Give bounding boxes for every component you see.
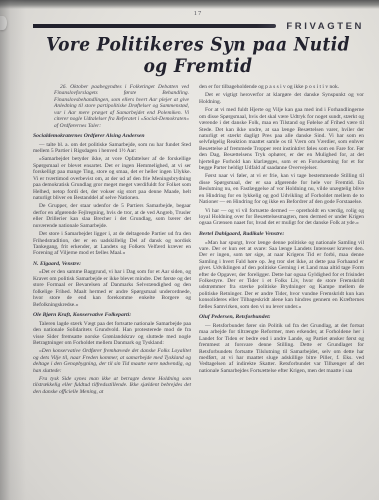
speaker-heading: Socialdemokraternes Ordfører Alsing Ande… bbox=[33, 133, 191, 140]
article-title: Vore Politikeres Syn paa Nutid og Fremti… bbox=[33, 34, 363, 77]
speaker-heading: Oluf Pedersen, Retsforbundet: bbox=[199, 314, 364, 321]
body-paragraph: Taleren lagde stærk Vægt paa det fortsat… bbox=[33, 321, 191, 347]
body-paragraph: den er for tilbageholdende og p a s s i … bbox=[199, 84, 364, 90]
body-paragraph: — talte bl. a. om det politiske Samarbej… bbox=[33, 142, 191, 155]
body-paragraph: »Man har spurgt, hvor længe denne politi… bbox=[199, 240, 364, 311]
body-paragraph: De Grupper, der staar udenfor de 5 Parti… bbox=[33, 203, 191, 229]
column-left: 26. Oktober paabegyndtes i Folketinget D… bbox=[33, 84, 191, 397]
body-paragraph: Det er vigtigt heroverfor at klargøre de… bbox=[199, 92, 364, 105]
body-paragraph: Først naar vi føler, at vi er frie, kan … bbox=[199, 173, 364, 205]
body-paragraph: 26. Oktober paabegyndtes i Folketinget D… bbox=[54, 84, 189, 129]
masthead-title: FRIVAGTEN bbox=[286, 21, 364, 32]
speaker-heading: N. Elgaard, Venstre: bbox=[33, 261, 191, 268]
speaker-heading: Bertel Dahlgaard, Radikale Venstre: bbox=[199, 231, 364, 238]
masthead-row: FRIVAGTEN bbox=[33, 22, 364, 30]
column-right: den er for tilbageholdende og p a s s i … bbox=[199, 84, 364, 397]
body-paragraph: »Den konservative Ordfører fremhævede de… bbox=[33, 348, 191, 374]
body-paragraph: Det store i Samarbejdet ligger i, at de … bbox=[33, 231, 191, 257]
article-body: 26. Oktober paabegyndtes i Folketinget D… bbox=[33, 84, 364, 397]
scanned-page-photo: 17 FRIVAGTEN Vore Politikeres Syn paa Nu… bbox=[0, 0, 379, 500]
magazine-page: 17 FRIVAGTEN Vore Politikeres Syn paa Nu… bbox=[0, 0, 379, 397]
speaker-heading: Ole Bjørn Kraft, Konservative Folkeparti… bbox=[33, 312, 191, 319]
body-paragraph: »Det er den samme Baggrund, vi har i Dag… bbox=[33, 269, 191, 308]
body-paragraph: Fra tysk Side synes man ikke at betragte… bbox=[33, 376, 191, 395]
body-paragraph: For at vi med fuldt Hjerte og Vilje kan … bbox=[199, 107, 364, 171]
page-number: 17 bbox=[33, 10, 363, 17]
body-paragraph: — Retsforbundet fører sin Politik ud fra… bbox=[199, 323, 364, 374]
body-paragraph: »Samarbejdet betyder ikke, at vore Opfat… bbox=[33, 156, 191, 201]
header-rule bbox=[33, 24, 276, 28]
body-paragraph: Vi har — og vi vil fortsætte dermed — op… bbox=[199, 208, 364, 227]
